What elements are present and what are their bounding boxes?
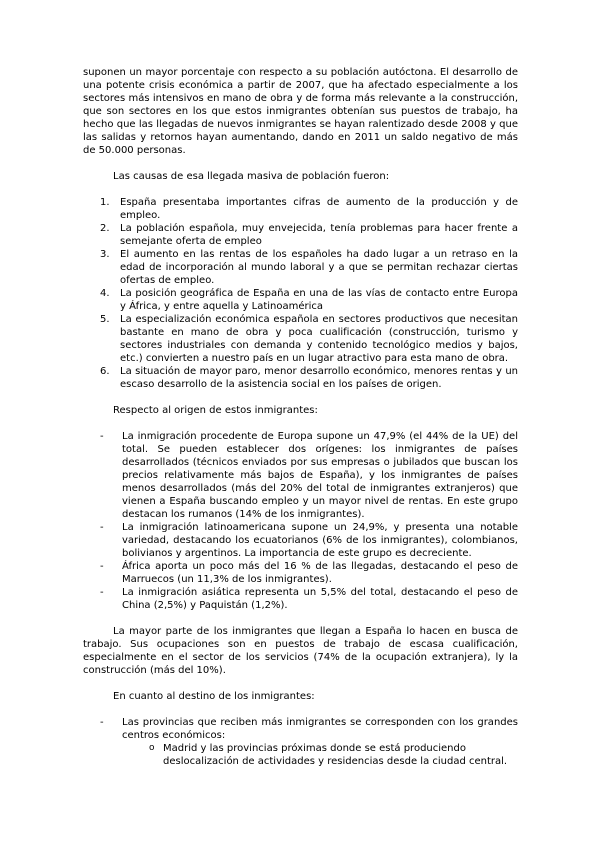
list-number-marker: 1. <box>100 196 110 209</box>
dash-marker: - <box>100 521 104 534</box>
origin-heading: Respecto al origen de estos inmigrantes: <box>83 404 518 417</box>
destination-sublist: o Madrid y las provincias próximas donde… <box>83 742 518 768</box>
causes-list-item-text: La población española, muy envejecida, t… <box>120 223 518 247</box>
destination-list: - Las provincias que reciben más inmigra… <box>83 716 518 768</box>
causes-list-item-text: El aumento en las rentas de los españole… <box>120 249 518 286</box>
causes-list: 1. España presentaba importantes cifras … <box>83 196 518 391</box>
list-number-marker: 2. <box>100 222 110 235</box>
list-number-marker: 6. <box>100 365 110 378</box>
origin-list-item: - La inmigración procedente de Europa su… <box>83 430 518 521</box>
causes-list-item-text: La situación de mayor paro, menor desarr… <box>120 366 518 390</box>
document-page: suponen un mayor porcentaje con respecto… <box>0 0 600 848</box>
origin-list: - La inmigración procedente de Europa su… <box>83 430 518 612</box>
causes-list-item: 6. La situación de mayor paro, menor des… <box>83 365 518 391</box>
circle-bullet-marker: o <box>149 742 155 755</box>
causes-list-item-text: La posición geográfica de España en una … <box>120 288 518 312</box>
intro-paragraph: suponen un mayor porcentaje con respecto… <box>83 66 518 157</box>
causes-heading: Las causas de esa llegada masiva de pobl… <box>83 170 518 183</box>
list-number-marker: 5. <box>100 313 110 326</box>
causes-list-item: 2. La población española, muy envejecida… <box>83 222 518 248</box>
destination-list-item: - Las provincias que reciben más inmigra… <box>83 716 518 742</box>
origin-list-item: - La inmigración latinoamericana supone … <box>83 521 518 560</box>
dash-marker: - <box>100 716 104 729</box>
destination-list-item-text: Las provincias que reciben más inmigrant… <box>122 717 518 741</box>
employment-paragraph: La mayor parte de los inmigrantes que ll… <box>83 625 518 677</box>
causes-list-item: 5. La especialización económica española… <box>83 313 518 365</box>
list-number-marker: 3. <box>100 248 110 261</box>
origin-list-item: - África aporta un poco más del 16 % de … <box>83 560 518 586</box>
causes-list-item: 3. El aumento en las rentas de los españ… <box>83 248 518 287</box>
origin-list-item-text: La inmigración asiática representa un 5,… <box>122 587 518 611</box>
destination-sublist-item: o Madrid y las provincias próximas donde… <box>83 742 518 768</box>
dash-marker: - <box>100 560 104 573</box>
causes-list-item: 4. La posición geográfica de España en u… <box>83 287 518 313</box>
list-number-marker: 4. <box>100 287 110 300</box>
causes-list-item-text: La especialización económica española en… <box>120 314 518 364</box>
causes-list-item: 1. España presentaba importantes cifras … <box>83 196 518 222</box>
causes-list-item-text: España presentaba importantes cifras de … <box>120 197 518 221</box>
origin-list-item-text: La inmigración procedente de Europa supo… <box>122 431 518 520</box>
origin-list-item: - La inmigración asiática representa un … <box>83 586 518 612</box>
origin-list-item-text: La inmigración latinoamericana supone un… <box>122 522 518 559</box>
origin-list-item-text: África aporta un poco más del 16 % de la… <box>122 561 518 585</box>
dash-marker: - <box>100 586 104 599</box>
destination-sublist-item-text: Madrid y las provincias próximas donde s… <box>163 743 507 767</box>
dash-marker: - <box>100 430 104 443</box>
destination-heading: En cuanto al destino de los inmigrantes: <box>83 690 518 703</box>
